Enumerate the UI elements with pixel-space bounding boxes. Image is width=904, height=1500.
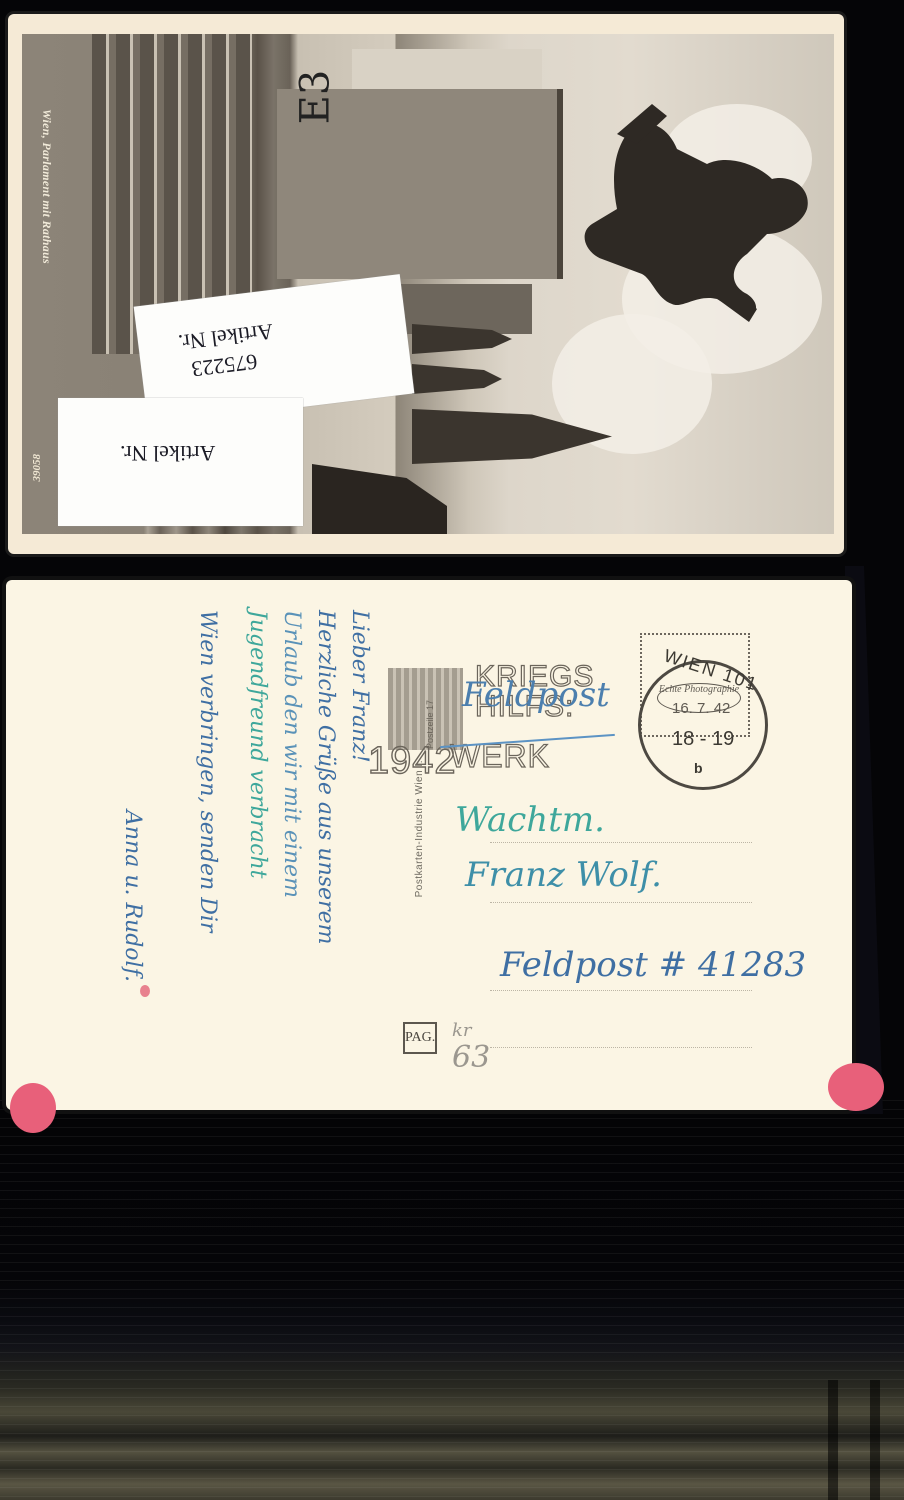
trees <box>312 464 447 534</box>
message-line: Urlaub den wir mit einem <box>279 610 304 898</box>
pencil-note: kr <box>452 1020 472 1041</box>
address-feldpost: Feldpost # 41283 <box>500 945 806 985</box>
address-line <box>490 1047 752 1048</box>
scanner-artifact <box>870 1380 880 1500</box>
postmark-time: 18 - 19 <box>672 728 734 751</box>
message-line: Wien verbringen, senden Dir <box>195 610 220 932</box>
pencil-mark: E3 <box>292 70 338 125</box>
address-line <box>490 842 752 843</box>
label-title: Artikel Nr. <box>177 318 275 355</box>
address-line <box>490 902 752 903</box>
label-number: 675223 <box>190 348 259 382</box>
address-name: Franz Wolf. <box>465 855 662 895</box>
feldpost-handwriting: Feldpost <box>462 675 610 715</box>
printer-imprint: Postkarten-Industrie Wien I. <box>414 760 425 897</box>
postmark-letter: b <box>694 760 703 776</box>
article-label: Artikel Nr. <box>58 398 303 526</box>
publisher-mark: PAG. <box>403 1022 437 1054</box>
label-title: Artikel Nr. <box>120 440 215 466</box>
equestrian-statue <box>557 94 817 324</box>
tower-spire <box>412 364 502 394</box>
scanner-artifact <box>828 1380 838 1500</box>
pencil-price: 63 <box>452 1040 490 1075</box>
photo-number: 39058 <box>31 454 43 482</box>
handwritten-message: Lieber Franz! Herzliche Grüße aus unsere… <box>115 600 355 1080</box>
signature: Anna u. Rudolf. <box>120 810 145 982</box>
photo-caption: Wien, Parlament mit Rathaus <box>24 109 54 339</box>
pink-dot-marker <box>828 1063 884 1111</box>
pink-dot-marker <box>10 1083 56 1133</box>
red-stain <box>140 985 150 997</box>
scanner-lines <box>0 1100 904 1500</box>
address-line <box>490 990 752 991</box>
postmark-date: 16. 7. 42 <box>672 700 730 717</box>
message-line: Jugendfreund verbracht <box>245 610 270 878</box>
message-line: Herzliche Grüße aus unserem <box>313 610 338 944</box>
address-rank: Wachtm. <box>455 800 605 840</box>
